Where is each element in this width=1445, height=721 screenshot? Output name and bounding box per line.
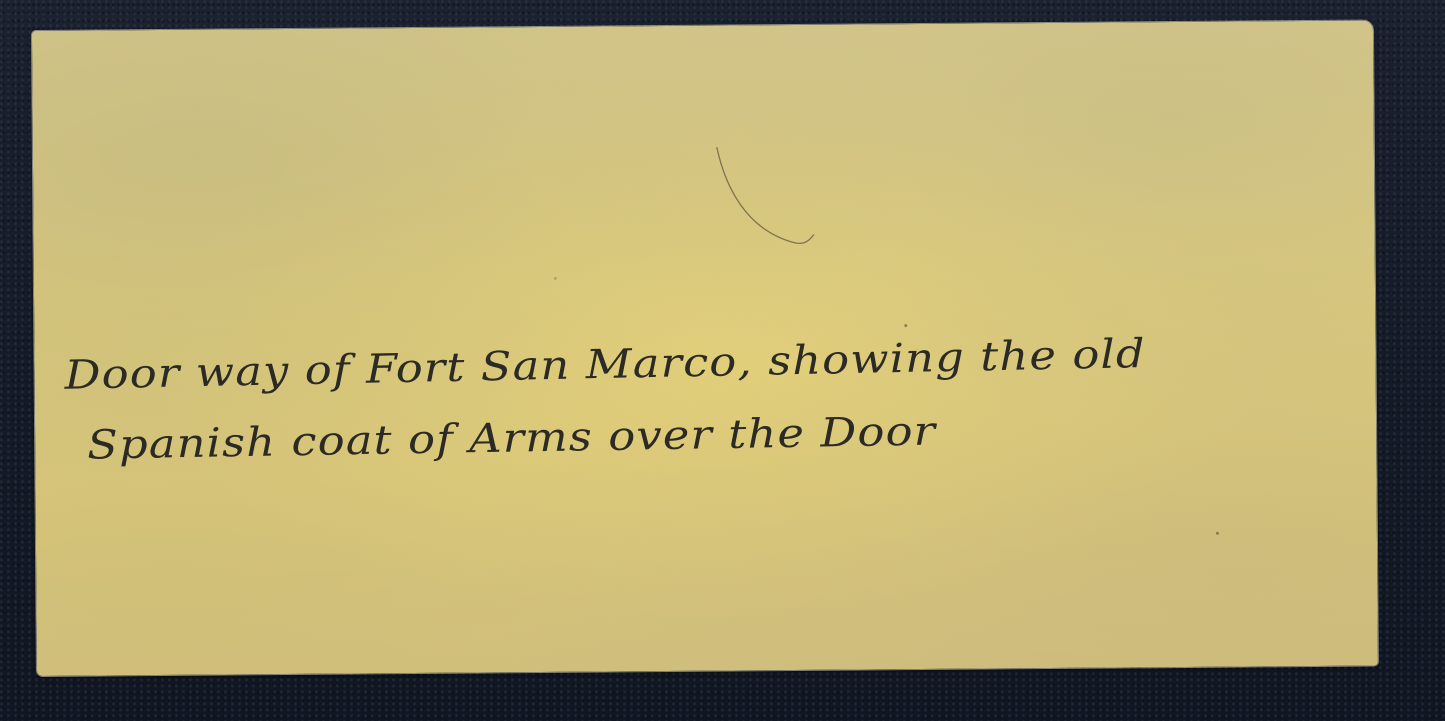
inscription-line-1: Door way of Fort San Marco, showing the … bbox=[64, 334, 1146, 396]
inscription-line-2: Spanish coat of Arms over the Door bbox=[87, 412, 937, 466]
stray-hair bbox=[705, 135, 816, 248]
paper-speck bbox=[1216, 532, 1219, 535]
paper-speck bbox=[554, 277, 557, 280]
handwritten-inscription: Door way of Fort San Marco, showing the … bbox=[54, 321, 1354, 331]
paper-speck bbox=[904, 324, 907, 327]
handwritten-card: Door way of Fort San Marco, showing the … bbox=[32, 20, 1378, 676]
